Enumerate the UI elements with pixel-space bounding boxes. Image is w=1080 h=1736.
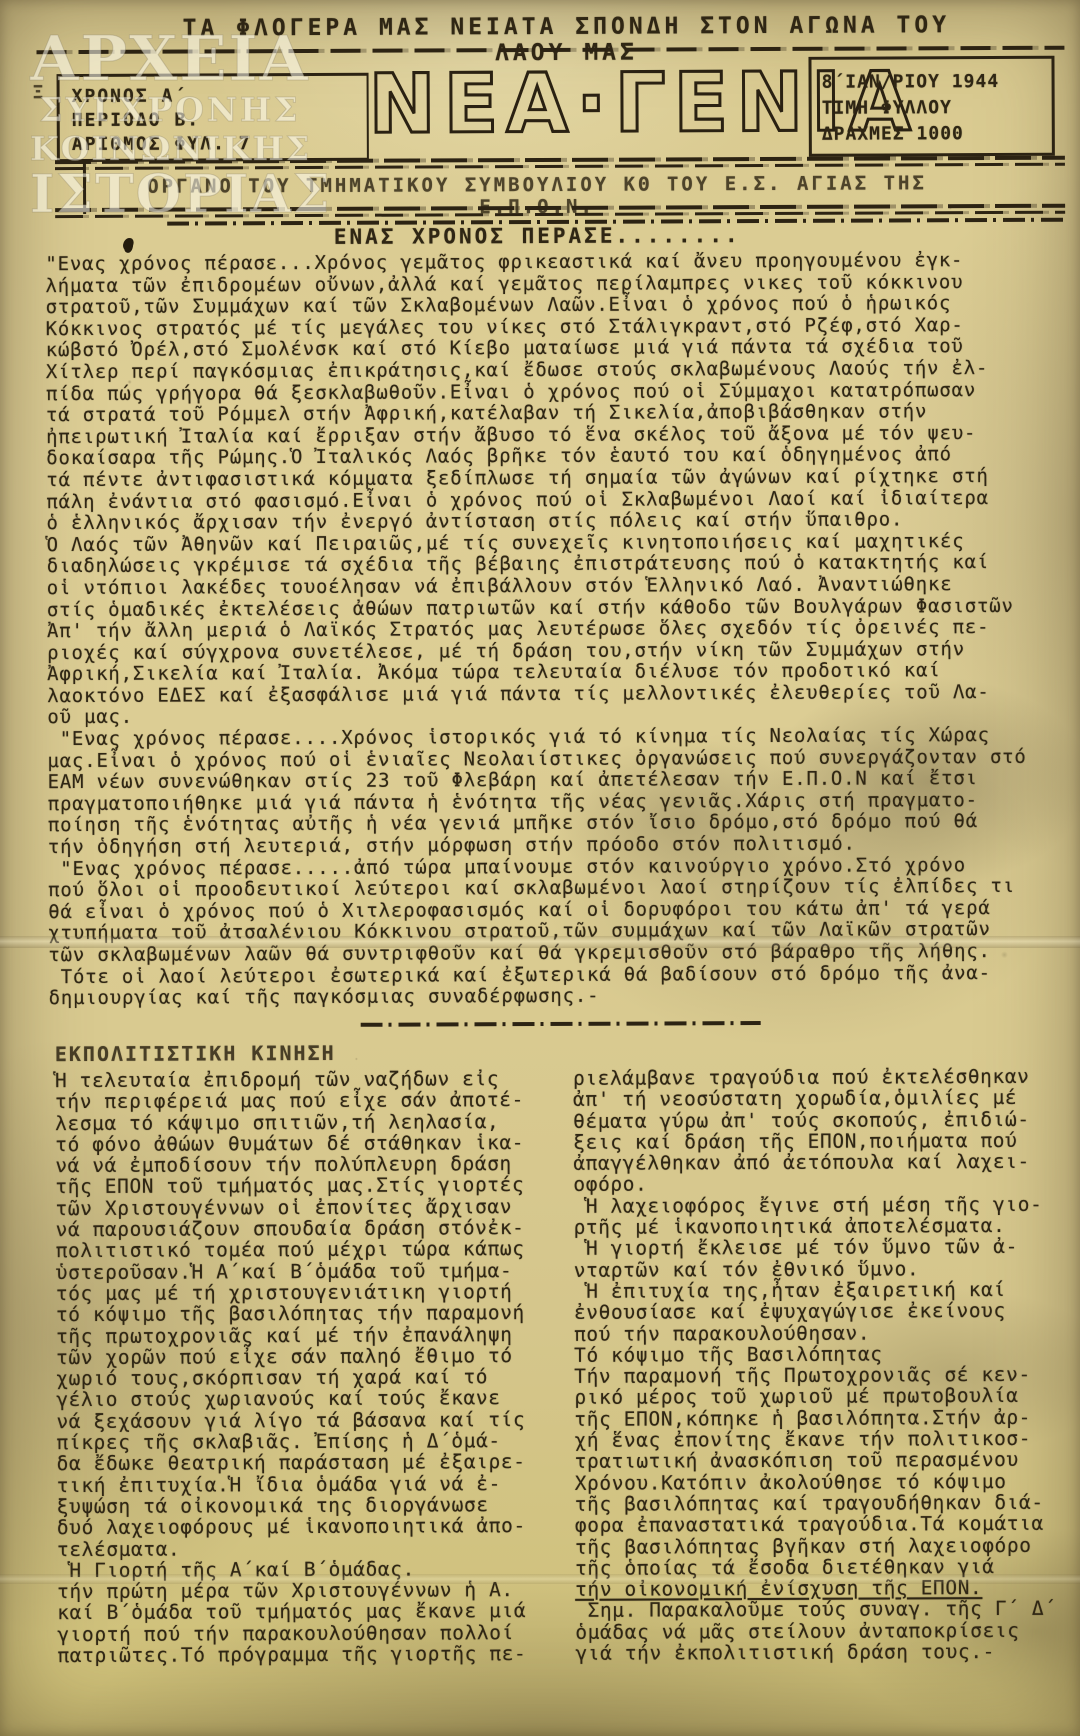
- text-line: δυό λαχειοφόρους μέ ἱκανοποιητικά ἀπο-: [57, 1515, 549, 1538]
- text-line: τήν περιφέρειά μας πού εἶχε σάν ἀποτέ-: [55, 1089, 547, 1112]
- section-heading: ΕΚΠΟΛΙΤΙΣΤΙΚΗ ΚΙΝΗΣΗ: [55, 1041, 336, 1066]
- text-line: φορα ἐπαναστατικά τραγούδια.Τά κομάτια: [575, 1513, 1067, 1536]
- text-line: τρατιωτική ἀνασκόπιση τοῦ περασμένου: [575, 1449, 1067, 1472]
- issue-year-line: ΧΡΟΝΟΣ Α΄: [72, 84, 367, 109]
- date-price-box: 8΄ΙΑΝ/ΡΙΟΥ 1944 ΤΙΜΗ ΦΥΛΛΟΥ ΔΡΑΧΜΕΣ 1000: [808, 56, 1054, 157]
- issue-number-line: ΑΡΙΘΜΟΣ ΦΥΛ. 7: [72, 132, 367, 157]
- text-line: πού τήν παρακουλούθησαν.: [574, 1321, 1066, 1344]
- organ-subtitle: ΟΡΓΑΝΟ ΤΟΥ ΤΜΗΜΑΤΙΚΟΥ ΣΥΜΒΟΥΛΙΟΥ ΚΘ ΤΟΥ …: [87, 172, 987, 220]
- article-body: "Ενας χρόνος πέρασε...Χρόνος γεμᾶτος φρι…: [45, 250, 1068, 1010]
- text-line: πολιτιστικό τομέα πού μέχρι τώρα κάπως: [56, 1238, 548, 1261]
- issue-date-line: 8΄ΙΑΝ/ΡΙΟΥ 1944: [822, 69, 1052, 96]
- text-line: τελέσματα.: [57, 1536, 549, 1559]
- text-line: τῆς ὁποίας τά ἔσοδα διετέθηκαν γιά: [575, 1556, 1067, 1579]
- text-line: δα ἔδωκε θεατρική παράσταση μέ ἐξαιρε-: [57, 1451, 549, 1474]
- text-line: Ἡ γιορτή ἔκλεισε μέ τόν ὕμνο τῶν ἀ-: [574, 1236, 1066, 1259]
- issue-period-line: ΠΕΡΙΟΔΟ Β.: [72, 108, 367, 133]
- article-headline: ΕΝΑΣ ΧΡΟΝΟΣ ΠΕΡΑΣΕ........: [197, 223, 877, 250]
- text-line: πατριῶτες.Τό πρόγραμμα τῆς γιορτῆς πε-: [57, 1643, 549, 1666]
- text-line: ἀπαγγέλθηκαν ἀπό ἀετόπουλα καί λαχει-: [573, 1151, 1065, 1174]
- text-line: ἐνθουσίασε καί ἐψυχαγώγισε ἐκείνους: [574, 1300, 1066, 1323]
- text-line: γιά τήν ἐκπολιτιστική δράση τους.-: [575, 1641, 1067, 1664]
- section-divider: [361, 1021, 761, 1027]
- price-value-line: ΔΡΑΧΜΕΣ 1000: [822, 121, 1052, 148]
- section-left-column: Ἡ τελευταία ἐπιδρομή τῶν ναζήδων εἰςτήν …: [55, 1068, 550, 1666]
- price-label-line: ΤΙΜΗ ΦΥΛΛΟΥ: [822, 95, 1052, 122]
- text-line: τό κόψιμο τῆς βασιλόπητας τήν παραμονή: [56, 1302, 548, 1325]
- margin-mark: Ξ: [33, 82, 44, 103]
- left-frame-line: [83, 162, 86, 214]
- text-line: δημιουργίας καί τῆς παγκόσμιας συναδέρφω…: [49, 984, 1069, 1010]
- printed-content: ΤΑ ΦΛΟΓΕΡΑ ΜΑΣ ΝΕΙΑΤΑ ΣΠΟΝΔΗ ΣΤΟΝ ΑΓΩΝΑ …: [0, 0, 1080, 1736]
- text-line: ἀπ' τή νεοσύστατη χορωδία,ὁμιλίες μέ: [573, 1087, 1065, 1110]
- newspaper-page: ΤΑ ΦΛΟΓΕΡΑ ΜΑΣ ΝΕΙΑΤΑ ΣΠΟΝΔΗ ΣΤΟΝ ΑΓΩΝΑ …: [0, 0, 1080, 1736]
- section-right-column: ριελάμβανε τραγούδια πού ἐκτελέσθηκανἀπ'…: [573, 1066, 1068, 1664]
- issue-info-box: ΧΡΟΝΟΣ Α΄ ΠΕΡΙΟΔΟ Β. ΑΡΙΘΜΟΣ ΦΥΛ. 7: [57, 73, 369, 162]
- newspaper-title: ΝΕΑ·ΓΕΝΙΑ: [368, 50, 818, 164]
- ink-blot: [122, 237, 134, 252]
